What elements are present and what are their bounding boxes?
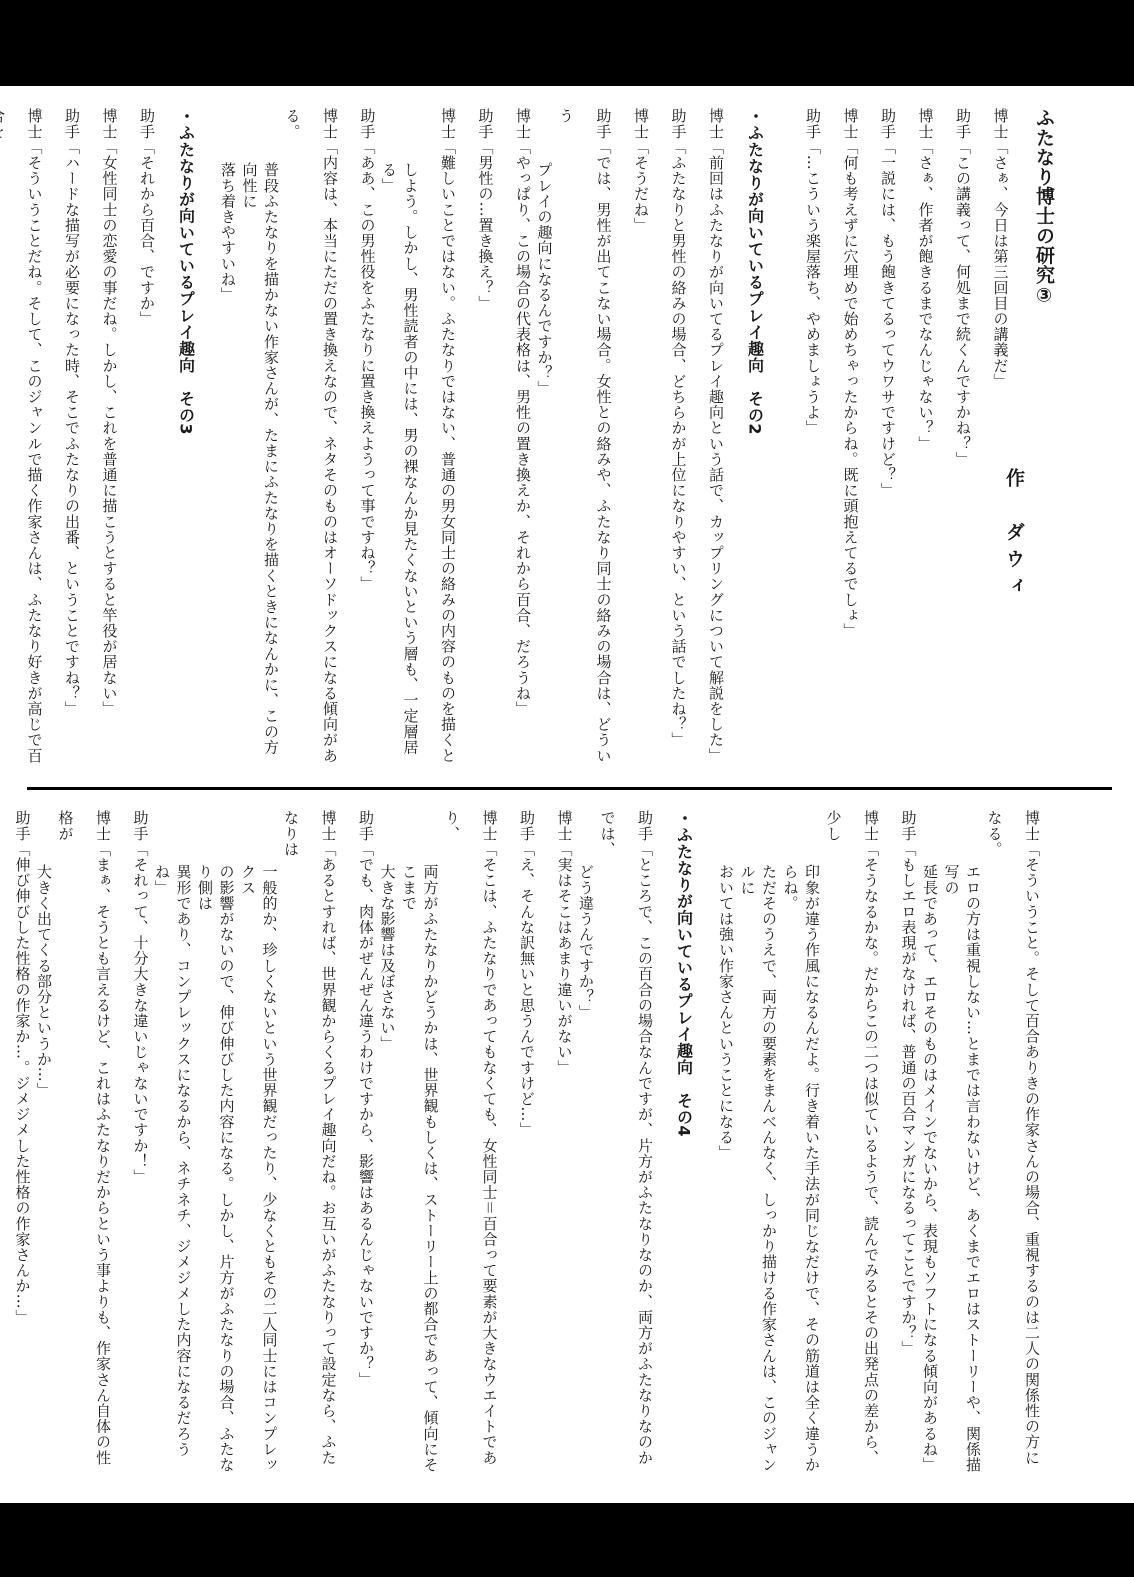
dialogue-line: 博士「そういうことだね。そして、このジャンルで描く作家さんは、ふたなり好きが高じ… [0, 108, 45, 768]
dialogue-line: 博士「実はそこはあまり違いがない」 [537, 810, 575, 1480]
page-title: ふたなり博士の研究③ [1033, 108, 1055, 768]
section-play-2: ・ふたなりが向いているプレイ趣向 その2 博士「前回はふたなりが向いてるプレイ趣… [217, 108, 766, 768]
dialogue-line: 助手「え、そんな訳無いと思うんですけど…」 [500, 810, 538, 1480]
dialogue-line: 助手「一説には、もう飽きてるってウワサですけど？」 [861, 108, 899, 768]
dialogue-line: 助手「ああ、この男性役をふたなりに置き換えようって事ですね？」 [340, 108, 378, 768]
author-label: 作 ダウィ [1003, 468, 1025, 603]
title-block: ふたなり博士の研究③ 作 ダウィ [1033, 108, 1055, 768]
dialogue-line: 助手「では、男性が出てこない場合。女性との絡みや、ふたなり同士の絡みの場合は、ど… [555, 108, 614, 768]
section-heading: ・ふたなりが向いているプレイ趣向 その2 [744, 108, 766, 768]
dialogue-line: 助手「伸び伸びした性格の作家か…。ジメジメした性格の作家さんか…」 [0, 810, 33, 1480]
dialogue-line: 博士「前回はふたなりが向いてるプレイ趣向という話で、カップリングについて解説をし… [689, 108, 727, 768]
dialogue-line: 博士「そういうこと。そして百合ありきの作家さんの場合、重視するのは二人の関係性の… [983, 810, 1042, 1480]
dialogue-line: 助手「それから百合、ですか」 [120, 108, 158, 768]
dialogue-line: 助手「ふたなりと男性の絡みの場合、どちらかが上位になりやすい、という話でしたね？… [651, 108, 689, 768]
dialogue-line: 助手「…こういう楽屋落ち、やめましょうよ」 [786, 108, 824, 768]
section-play-3-continued: 博士「そういうこと。そして百合ありきの作家さんの場合、重視するのは二人の関係性の… [715, 810, 1043, 1480]
bottom-half: 博士「そういうこと。そして百合ありきの作家さんの場合、重視するのは二人の関係性の… [0, 810, 1042, 1480]
section-heading: ・ふたなりが向いているプレイ趣向 その3 [175, 108, 197, 768]
dialogue-line: 助手「ところで、この百合の場合なんですが、片方がふたなりなのか、両方がふたなりな… [596, 810, 655, 1480]
dialogue-line: 博士「何も考えずに穴埋めで始めちゃったからね。既に頭抱えてるでしょ」 [823, 108, 861, 768]
intro-dialogue: 博士「さぁ、今日は第三回目の講義だ」 助手「この講義って、何処まで続くんですかね… [786, 108, 1011, 768]
section-play-3: ・ふたなりが向いているプレイ趣向 その3 助手「それから百合、ですか」 博士「女… [0, 108, 197, 768]
dialogue-line: 助手「ハードな描写が必要になった時、そこでふたなりの出番、ということですね？」 [45, 108, 83, 768]
dialogue-line: 博士「さぁ、今日は第三回目の講義だ」 [973, 108, 1011, 768]
dialogue-line: 助手「もしエロ表現がなければ、普通の百合マンガになるってことですか？」 [881, 810, 919, 1480]
dialogue-line: 助手「男性の…置き換え？」 [458, 108, 496, 768]
dialogue-line: 博士「まぁ、そうとも言えるけど、これはふたなりだからという事よりも、作家さん自体… [54, 810, 113, 1480]
dialogue-line: 博士「そうだね」 [614, 108, 652, 768]
dialogue-line: 博士「そうなるかな。だからこの二つは似ているようで、読んでみるとその出発点の差か… [822, 810, 881, 1480]
dialogue-line: 助手「それって、十分大きな違いじゃないですか！」 [113, 810, 151, 1480]
dialogue-line: 博士「やっぱり、この場合の代表格は、男性の置き換えか、それから百合、だろうね」 [496, 108, 534, 768]
bottom-black-bar [0, 1503, 1134, 1577]
section-heading: ・ふたなりが向いているプレイ趣向 その4 [673, 810, 695, 1480]
dialogue-line: 助手「でも、肉体がぜんぜん違うわけですから、影響はあるんじゃないですか？」 [339, 810, 377, 1480]
dialogue-line: 博士「あるとすれば、世界観からくるプレイ趣向だね。お互いがふたなりって設定なら、… [280, 810, 339, 1480]
dialogue-line: 博士「そこは、ふたなりであってもなくても、女性同士＝百合って要素が大きなウエイト… [441, 810, 500, 1480]
dialogue-line: 博士「さぁ、作者が飽きるまでなんじゃない？」 [898, 108, 936, 768]
section-play-4: ・ふたなりが向いているプレイ趣向 その4 助手「ところで、この百合の場合なんです… [0, 810, 695, 1480]
dialogue-line: 博士「内容は、本当にただの置き換えなので、ネタそのものはオーソドックスになる傾向… [281, 108, 340, 768]
top-half: ふたなり博士の研究③ 作 ダウィ 博士「さぁ、今日は第三回目の講義だ」 助手「こ… [0, 108, 1054, 768]
section-divider [27, 787, 1112, 790]
top-black-bar [0, 0, 1134, 86]
dialogue-line: 博士「女性同士の恋愛の事だね。しかし、これを普通に描こうとすると竿役が居ない」 [82, 108, 120, 768]
dialogue-line: 助手「この講義って、何処まで続くんですかね？」 [936, 108, 974, 768]
dialogue-line: 博士「難しいことではない。ふたなりではない、普通の男女同士の絡みの内容のものを描… [421, 108, 459, 768]
